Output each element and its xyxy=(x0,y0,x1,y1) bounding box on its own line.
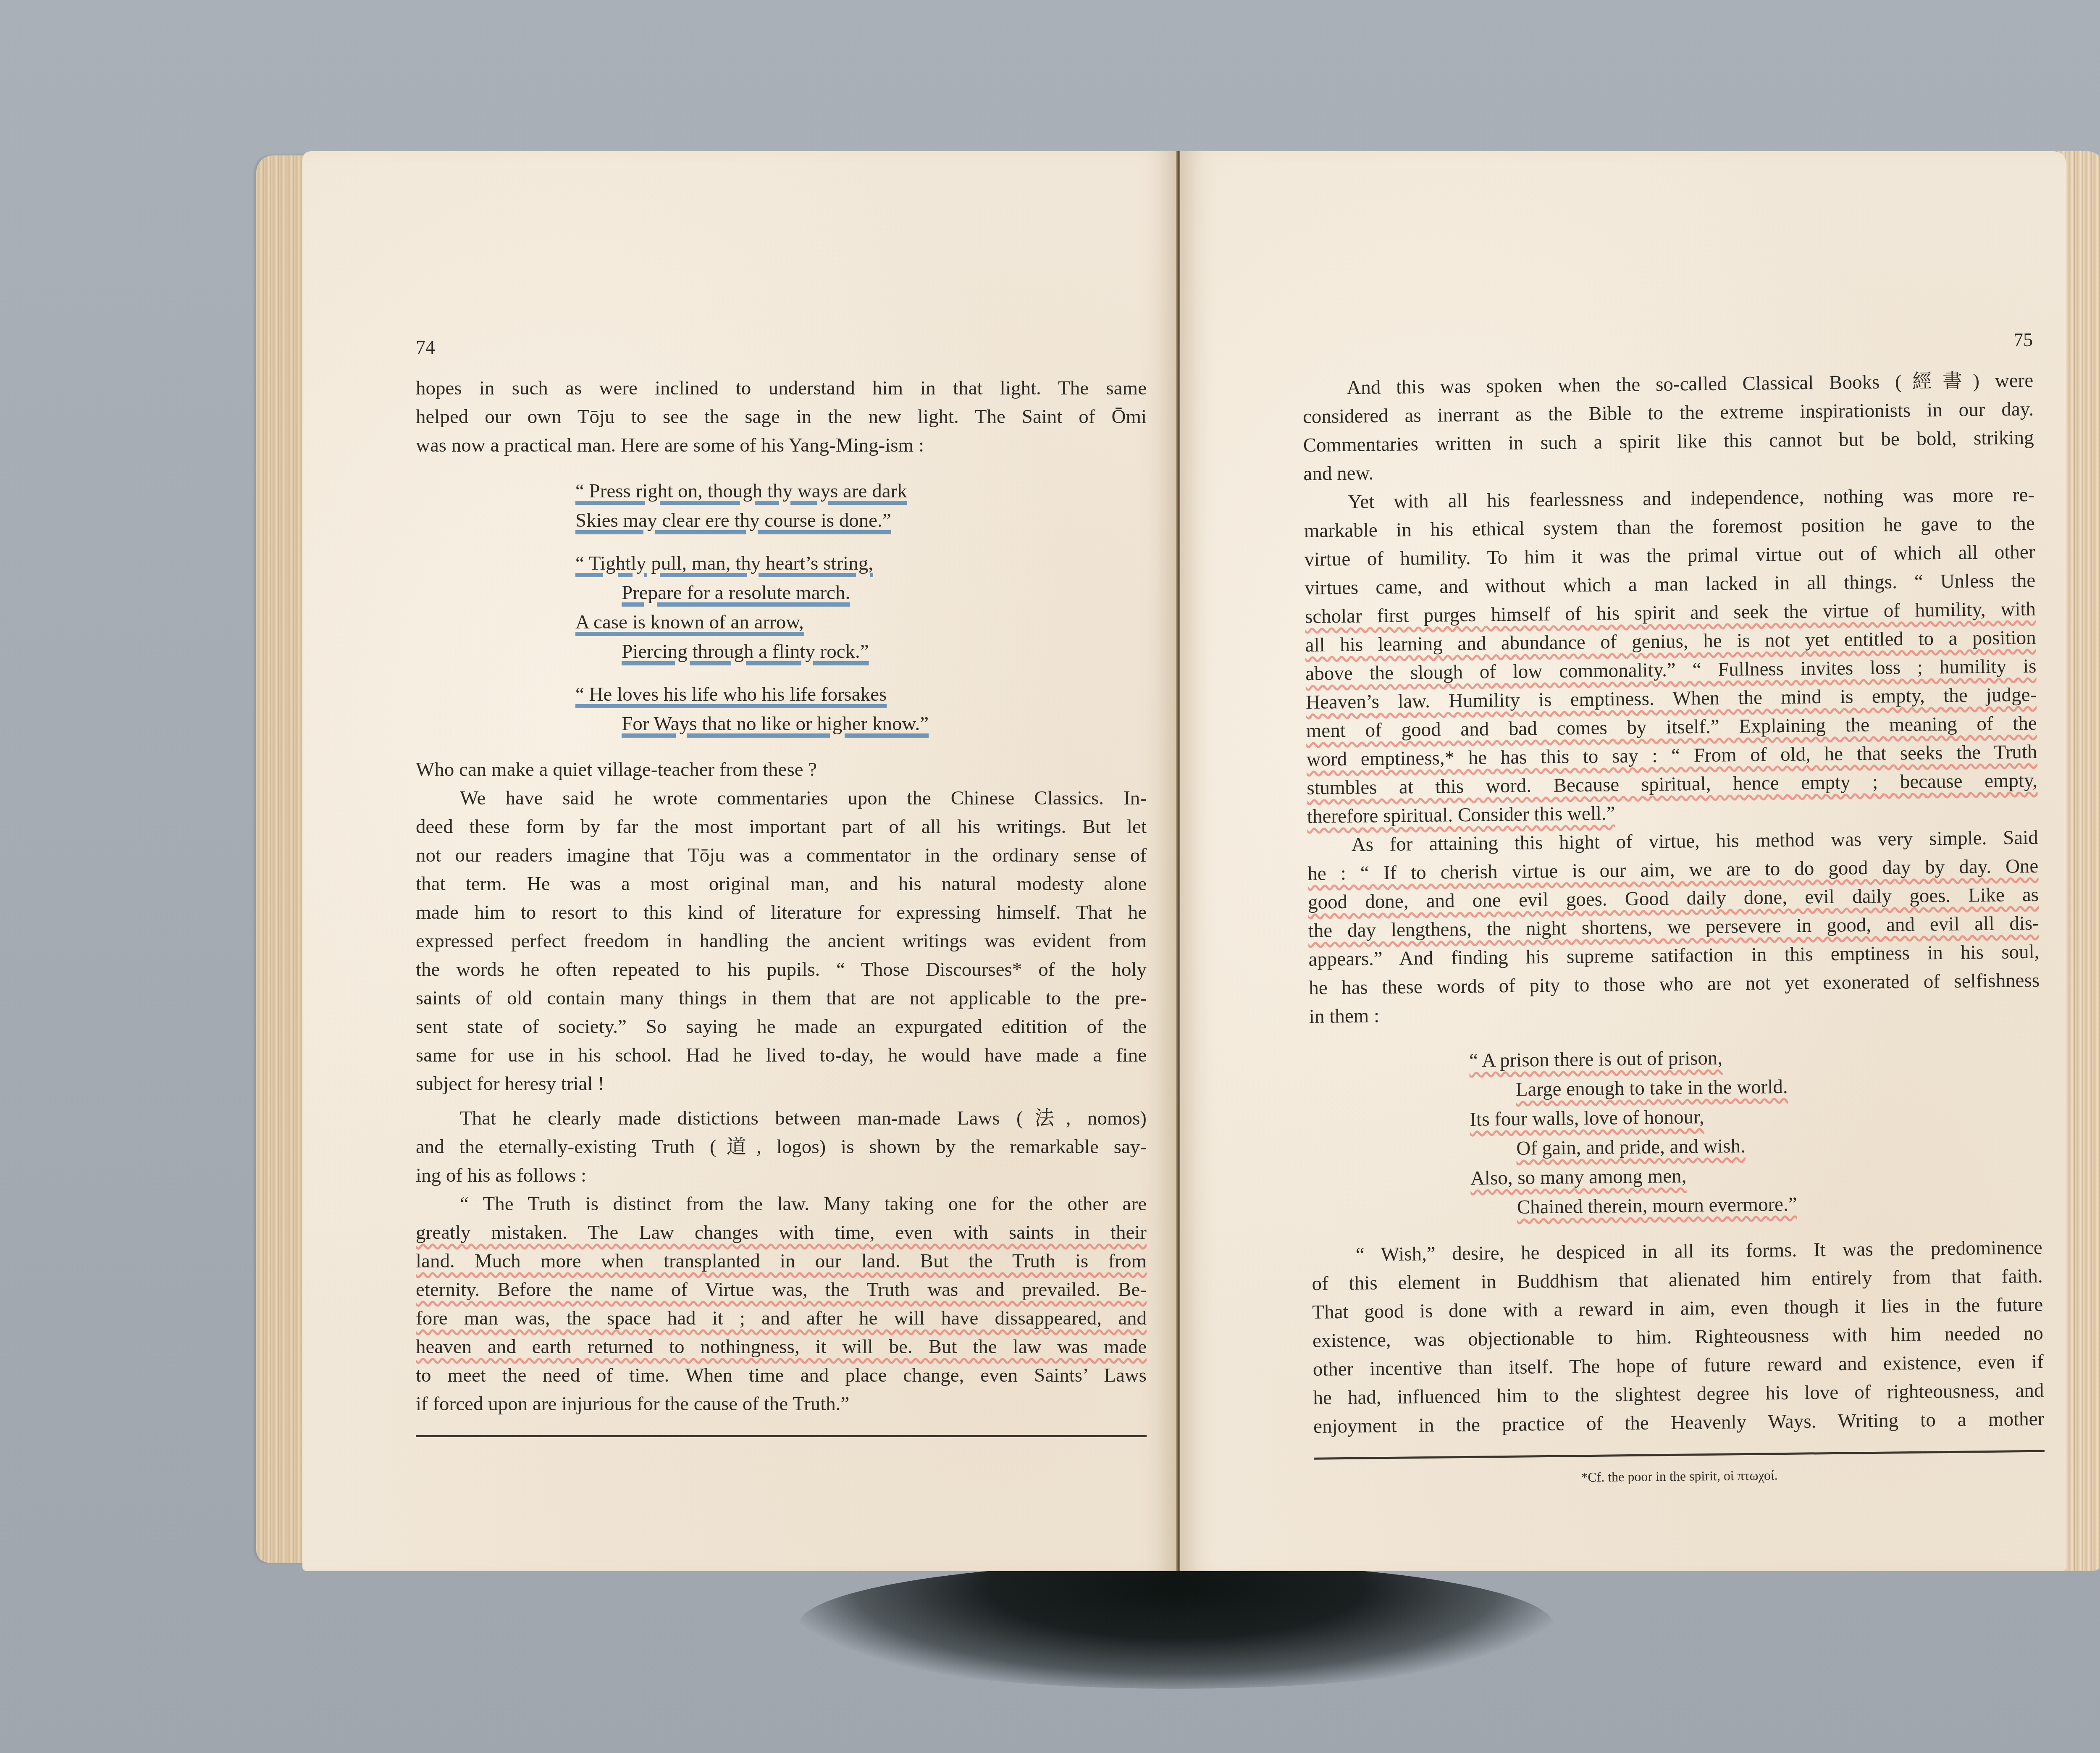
verse-line: “ He loves his life who his life forsake… xyxy=(575,680,1147,709)
footnote-rule xyxy=(1314,1450,2045,1460)
question-paragraph: Who can make a quiet village-teacher fro… xyxy=(416,755,1147,784)
text-line-annotated: land. Much more when transplanted in our… xyxy=(416,1247,1147,1275)
verse-line: “ Press right on, though thy ways are da… xyxy=(575,476,1147,506)
verse-stanza: “ Press right on, though thy ways are da… xyxy=(575,476,1147,535)
text-line: We have said he wrote commentaries upon … xyxy=(416,784,1147,812)
page-left: 74 hopes in such as were inclined to und… xyxy=(302,151,1176,1571)
text-line: deed these form by far the most importan… xyxy=(416,812,1147,841)
text-line: helped our own Tōju to see the sage in t… xyxy=(416,402,1147,431)
text-line: saints of old contain many things in the… xyxy=(416,984,1147,1012)
text-line: not our readers imagine that Tōju was a … xyxy=(416,841,1147,870)
verse-line: Piercing through a flinty rock.” xyxy=(575,637,1147,666)
footnote-rule xyxy=(416,1435,1147,1437)
open-book: 74 hopes in such as were inclined to und… xyxy=(256,139,2100,1584)
text-line: and the eternally-existing Truth (道, log… xyxy=(416,1133,1147,1161)
text-line: “ The Truth is distinct from the law. Ma… xyxy=(416,1190,1147,1218)
text-line: That he clearly made distictions between… xyxy=(416,1104,1147,1133)
truth-quote-paragraph: “ The Truth is distinct from the law. Ma… xyxy=(416,1190,1147,1418)
verse-stanza: “ He loves his life who his life forsake… xyxy=(575,680,1147,739)
text-line: to meet the need of time. When time and … xyxy=(416,1361,1147,1390)
text-line: the words he often repeated to his pupil… xyxy=(416,955,1147,984)
verse-stanza: “ Tightly pull, man, thy heart’s string,… xyxy=(575,549,1147,666)
text-line: Who can make a quiet village-teacher fro… xyxy=(416,755,1147,784)
text-line-annotated: eternity. Before the name of Virtue was,… xyxy=(416,1275,1147,1304)
text-line: if forced upon are injurious for the cau… xyxy=(416,1390,1147,1418)
commentaries-paragraph: We have said he wrote commentaries upon … xyxy=(416,784,1147,1098)
verse-line: A case is known of an arrow, xyxy=(575,607,1147,637)
text-line-annotated: fore man was, the space had it ; and aft… xyxy=(416,1304,1147,1332)
method-paragraph: As for attaining this hight of virtue, h… xyxy=(1307,823,2040,1031)
laws-paragraph: That he clearly made distictions between… xyxy=(416,1104,1147,1190)
text-line: hopes in such as were inclined to unders… xyxy=(416,374,1147,402)
page-right-content: 75 And this was spoken when the so-calle… xyxy=(1302,329,2045,1488)
wish-paragraph: “ Wish,” desire, he despiced in all its … xyxy=(1312,1233,2045,1441)
page-right: 75 And this was spoken when the so-calle… xyxy=(1180,151,2066,1571)
verse-line: Prepare for a resolute march. xyxy=(575,578,1147,607)
verse-line: For Ways that no like or higher know.” xyxy=(575,709,1147,739)
prison-verse: “ A prison there is out of prison, Large… xyxy=(1469,1040,2042,1222)
classical-books-paragraph: And this was spoken when the so-called C… xyxy=(1302,366,2034,488)
text-line: subject for heresy trial ! xyxy=(416,1070,1147,1098)
verse-line: Chained therein, mourn evermore.” xyxy=(1470,1187,2042,1222)
text-line: ing of his as follows : xyxy=(416,1161,1147,1190)
text-line: was now a practical man. Here are some o… xyxy=(416,431,1147,460)
page-left-content: 74 hopes in such as were inclined to und… xyxy=(416,336,1147,1437)
intro-paragraph: hopes in such as were inclined to unders… xyxy=(416,374,1147,460)
text-line: same for use in his school. Had he lived… xyxy=(416,1041,1147,1070)
text-line: made him to resort to this kind of liter… xyxy=(416,898,1147,927)
footnote: *Cf. the poor in the spirit, οἱ πτωχοί. xyxy=(1314,1465,2045,1488)
verse-line: Skies may clear ere thy course is done.” xyxy=(575,506,1147,535)
text-line: that term. He was a most original man, a… xyxy=(416,870,1147,898)
text-line: sent state of society.” So saying he mad… xyxy=(416,1012,1147,1041)
yang-ming-verses: “ Press right on, though thy ways are da… xyxy=(575,476,1147,739)
text-line: expressed perfect freedom in handling th… xyxy=(416,927,1147,955)
page-number-left: 74 xyxy=(416,336,1147,374)
humility-paragraph: Yet with all his fearlessness and indepe… xyxy=(1304,481,2038,831)
verse-line: “ Tightly pull, man, thy heart’s string, xyxy=(575,549,1147,578)
text-line-annotated: heaven and earth returned to nothingness… xyxy=(416,1332,1147,1361)
text-line-annotated: greatly mistaken. The Law changes with t… xyxy=(416,1218,1147,1247)
